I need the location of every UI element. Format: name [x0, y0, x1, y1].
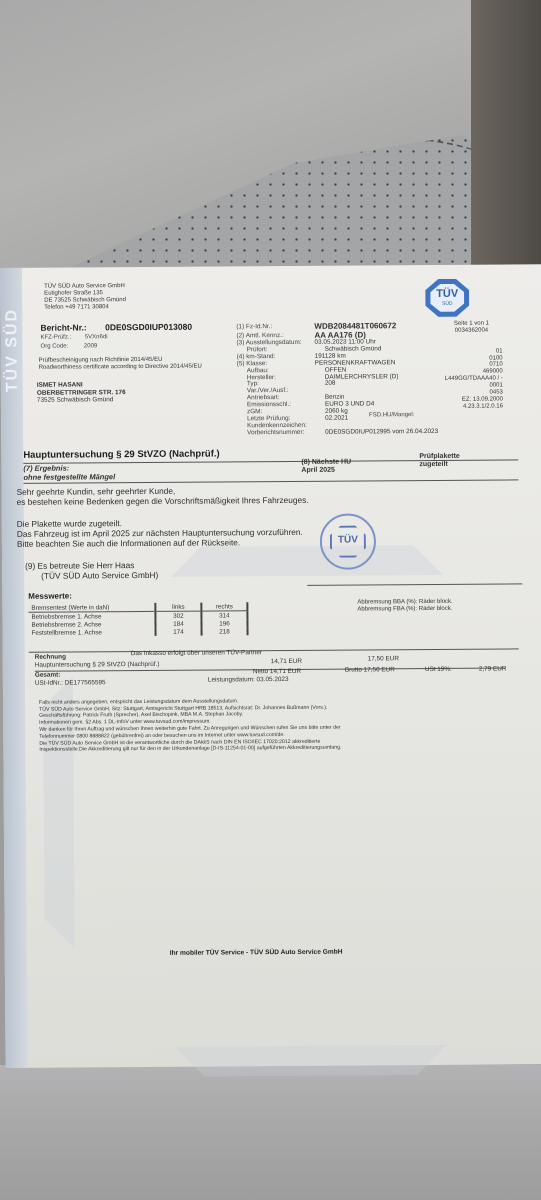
legal-footer: Falls nicht anders angegeben, entspricht…: [39, 696, 519, 753]
result-block: (7) Ergebnis: ohne festgestellte Mängel: [23, 464, 115, 482]
letter-text: Sehr geehrte Kundin, sehr geehrter Kunde…: [17, 485, 310, 581]
inkasso-note: Das Inkasso erfolgt über unseren TÜV-Par…: [131, 649, 262, 658]
recipient-city: 73525 Schwäbisch Gmünd: [37, 396, 126, 404]
table-cell: 218: [202, 627, 248, 635]
inspection-title: Hauptuntersuchung § 29 StVZO (Nachprüf.): [23, 448, 219, 460]
invoice-item: Hauptuntersuchung § 29 StVZO (Nachprüf.): [35, 661, 160, 670]
fsd-label: FSD.HU/Mangel:: [369, 412, 414, 419]
table-row: Feststellbremse 1. Achse174218: [29, 627, 248, 637]
netto-total: Netto 14,71 EUR: [253, 668, 301, 676]
directive-en: Roadworthiness certificate according to …: [39, 364, 202, 372]
tuv-sud-logo: TÜV SÜD: [425, 279, 469, 317]
inspection-stamp: TÜV: [320, 513, 376, 569]
directive: Prüfbescheinigung nach Richtlinie 2014/4…: [39, 357, 202, 372]
field-value: 0DE0SGD0IUP012995 vom 26.04.2023: [325, 429, 445, 437]
plakette-label: Prüfplakette: [419, 453, 460, 461]
table-cell: 174: [156, 628, 202, 636]
table-cell: 314: [201, 611, 247, 620]
invoice-label: Rechnung: [35, 654, 66, 662]
company-phone: Telefon +49 7171 30804: [44, 304, 126, 312]
side-stripe-text: TÜV SÜD: [3, 308, 22, 392]
leistungsdatum: Leistungsdatum: 03.05.2023: [208, 676, 289, 685]
table-cell: Feststellbremse 1. Achse: [29, 628, 156, 637]
abbremsung-block: Abbremsung BBA (%): Räder block. Abbrems…: [357, 599, 452, 614]
field-label: Vorberichtsnummer:: [237, 430, 325, 438]
company-address: TÜV SÜD Auto Service GmbH Eutighofer Str…: [44, 283, 126, 312]
next-hu-block: (8) Nächste HU April 2025: [301, 459, 351, 474]
ust-value: 2,79 EUR: [479, 665, 507, 673]
vehicle-fields: (1) Fz-Id.Nr.:WDB2084481T060672(2) Amtl.…: [236, 321, 445, 437]
logo-text: TÜV: [430, 287, 464, 301]
side-stripe: TÜV SÜD: [0, 268, 28, 1068]
ust-id: USt-IdNr.: DE177565595: [35, 679, 106, 687]
report-number: 0DE0SGD0IUP013080: [105, 322, 192, 333]
tagline: Ihr mobiler TÜV Service - TÜV SÜD Auto S…: [170, 949, 343, 957]
table-cell: 302: [155, 611, 201, 620]
fba-value: Abbremsung FBA (%): Räder block.: [357, 606, 452, 614]
stamp-text: TÜV: [330, 525, 366, 557]
served-company: (TÜV SÜD Auto Service GmbH): [41, 569, 309, 581]
kfz-value: 5VXn6di: [85, 334, 108, 340]
measurements-title: Messwerte:: [28, 592, 72, 601]
logo-subtext: SÜD: [430, 301, 464, 307]
brutto-total: Brutto 17,50 EUR: [345, 666, 395, 674]
recipient-address: ISMET HASANI OBERBETTRINGER STR. 176 735…: [37, 381, 126, 404]
org-code: Org Code: 2009: [41, 343, 98, 350]
report-number-row: Bericht-Nr.: 0DE0SGD0IUP013080: [40, 322, 192, 333]
no-concerns-line: es bestehen keine Bedenken gegen die Vor…: [17, 495, 309, 507]
item-net: 14,71 EUR: [271, 658, 302, 666]
report-label: Bericht-Nr.:: [40, 322, 86, 332]
org-code-label: Org Code:: [41, 344, 69, 350]
kfz-pruefer: KFZ-Prüfz.: 5VXn6di: [40, 334, 107, 341]
item-gross: 17,50 EUR: [368, 655, 399, 663]
seatbelt-buckle-area: [471, 0, 541, 270]
surface-below-document: [0, 1065, 541, 1200]
vehicle-field-row: Vorberichtsnummer:0DE0SGD0IUP012995 vom …: [237, 429, 445, 437]
plakette-block: Prüfplakette zugeteilt: [419, 453, 460, 469]
inspection-certificate: TÜV SÜD TÜV SÜD Auto Service GmbH Eutigh…: [0, 264, 541, 1068]
plakette-value: zugeteilt: [419, 461, 460, 469]
kfz-label: KFZ-Prüfz.:: [40, 335, 71, 341]
result-value: ohne festgestellte Mängel: [23, 473, 115, 482]
right-codes: Seite 1 von 10034362004 0101000710469000…: [440, 320, 503, 410]
ust-label: USt 19%:: [425, 666, 452, 674]
org-code-value: 2009: [84, 343, 97, 349]
code-value: 4.23.3.1/2.0.16: [441, 403, 503, 410]
table-header: links: [155, 603, 201, 612]
table-header: rechts: [201, 602, 247, 611]
next-hu-value: April 2025: [301, 466, 351, 474]
brake-table: Bremsentest (Werte in daN)linksrechtsBet…: [28, 602, 248, 637]
total-label: Gesamt:: [35, 672, 61, 680]
next-hu-label: (8) Nächste HU: [301, 459, 351, 467]
